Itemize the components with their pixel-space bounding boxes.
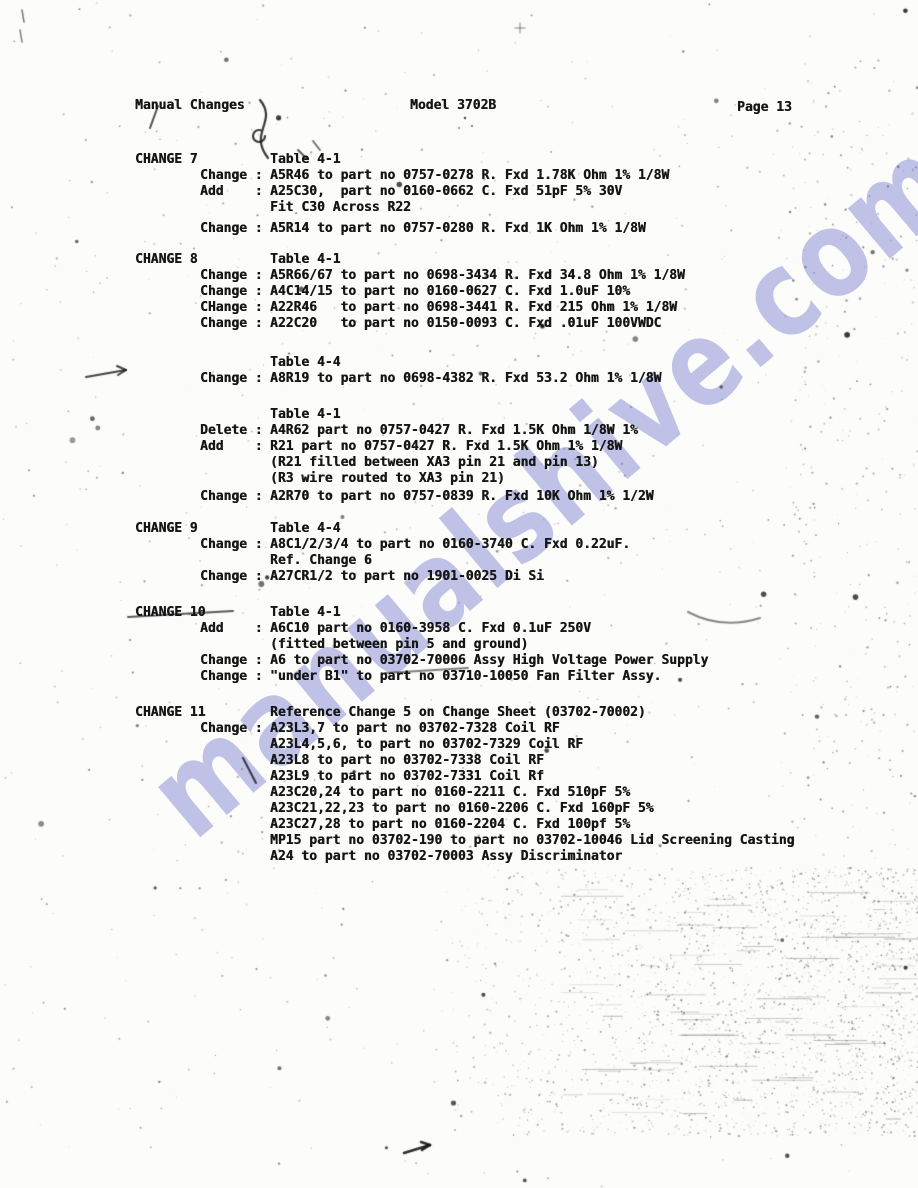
change-line: (R3 wire routed to XA3 pin 21)	[200, 471, 654, 487]
change-line: Add :A6C10 part no 0160-3958 C. Fxd 0.1u…	[200, 621, 708, 637]
change-line: Change :"under B1" to part no 03710-1005…	[200, 669, 708, 685]
change-line-text: A23C27,28 to part no 0160-2204 C. Fxd 10…	[270, 817, 630, 832]
change-line-text: Table 4-1	[270, 605, 340, 620]
change-line-label: Change :	[200, 669, 270, 685]
change-line: Add :R21 part no 0757-0427 R. Fxd 1.5K O…	[200, 439, 654, 455]
change-line: A23C21,22,23 to part no 0160-2206 C. Fxd…	[200, 801, 794, 817]
change-line-text: (fitted between pin 5 and ground)	[270, 637, 528, 652]
change-line-label: Change :	[200, 489, 270, 505]
change-line: Change :A2R70 to part no 0757-0839 R. Fx…	[200, 489, 654, 505]
change-heading: CHANGE 10	[135, 605, 205, 620]
change-line-text: A4C14/15 to part no 0160-0627 C. Fxd 1.0…	[270, 284, 630, 299]
change-line: A23L9 to part no 03702-7331 Coil Rf	[200, 769, 794, 785]
change-line: Change :A4C14/15 to part no 0160-0627 C.…	[200, 284, 685, 300]
change-line-text: A23C21,22,23 to part no 0160-2206 C. Fxd…	[270, 801, 654, 816]
change-line: Table 4-4	[200, 355, 661, 371]
change-line-text: Fit C30 Across R22	[270, 200, 411, 215]
change-line: Table 4-1	[200, 252, 685, 268]
change-line-label: Change :	[200, 316, 270, 332]
change-line-text: R21 part no 0757-0427 R. Fxd 1.5K Ohm 1%…	[270, 439, 622, 454]
change-line: Table 4-1	[200, 407, 654, 423]
change-line: (R21 filled between XA3 pin 21 and pin 1…	[200, 455, 654, 471]
change-line-label: Delete :	[200, 423, 270, 439]
change-line-label: Change :	[200, 721, 270, 737]
change-line: Ref. Change 6	[200, 553, 630, 569]
change-line-text: A5R14 to part no 0757-0280 R. Fxd 1K Ohm…	[270, 221, 646, 236]
change-line-text: A22C20 to part no 0150-0093 C. Fxd .01uF…	[270, 316, 661, 331]
change-line-label: CHange :	[200, 300, 270, 316]
change-line-label: Add :	[200, 184, 270, 200]
change-line-text: Table 4-1	[270, 407, 340, 422]
change-line-text: A23C20,24 to part no 0160-2211 C. Fxd 51…	[270, 785, 630, 800]
change-line: Change :A6 to part no 03702-70006 Assy H…	[200, 653, 708, 669]
change-line-text: Reference Change 5 on Change Sheet (0370…	[270, 705, 646, 720]
change-line-text: A4R62 part no 0757-0427 R. Fxd 1.5K Ohm …	[270, 423, 638, 438]
change-line-text: A23L8 to part no 03702-7338 Coil RF	[270, 753, 544, 768]
change-line-text: A6C10 part no 0160-3958 C. Fxd 0.1uF 250…	[270, 621, 591, 636]
change-line: (fitted between pin 5 and ground)	[200, 637, 708, 653]
change-line-label: Add :	[200, 621, 270, 637]
change-line-label: Change :	[200, 371, 270, 387]
change-heading: CHANGE 9	[135, 521, 198, 536]
change-line-text: Table 4-4	[270, 355, 340, 370]
change-line-text: Table 4-1	[270, 252, 340, 267]
change-line-text: A22R46 to part no 0698-3441 R. Fxd 215 O…	[270, 300, 677, 315]
change-line-label: Change :	[200, 653, 270, 669]
change-line-text: (R21 filled between XA3 pin 21 and pin 1…	[270, 455, 599, 470]
change-line: Change :A22C20 to part no 0150-0093 C. F…	[200, 316, 685, 332]
change-line-text: A8C1/2/3/4 to part no 0160-3740 C. Fxd 0…	[270, 537, 630, 552]
change-line: Reference Change 5 on Change Sheet (0370…	[200, 705, 794, 721]
change-rows: Reference Change 5 on Change Sheet (0370…	[200, 705, 794, 865]
change-line-label: Change :	[200, 221, 270, 237]
change-line: Change :A8C1/2/3/4 to part no 0160-3740 …	[200, 537, 630, 553]
change-line-text: A5R66/67 to part no 0698-3434 R. Fxd 34.…	[270, 268, 685, 283]
change-rows: Table 4-1Add :A6C10 part no 0160-3958 C.…	[200, 605, 708, 685]
change-line-label: Change :	[200, 268, 270, 284]
change-line-label: Change :	[200, 168, 270, 184]
change-line-text: A6 to part no 03702-70006 Assy High Volt…	[270, 653, 708, 668]
change-line: A23C20,24 to part no 0160-2211 C. Fxd 51…	[200, 785, 794, 801]
change-line-label: Change :	[200, 284, 270, 300]
change-line: Table 4-1	[200, 605, 708, 621]
change-rows: Table 4-4Change :A8C1/2/3/4 to part no 0…	[200, 521, 630, 585]
change-line-label: Change :	[200, 537, 270, 553]
change-line: CHange :A22R46 to part no 0698-3441 R. F…	[200, 300, 685, 316]
change-line-text: Table 4-1	[270, 152, 340, 167]
change-line-text: A27CR1/2 to part no 1901-0025 Di Si	[270, 569, 544, 584]
change-line: Change :A5R14 to part no 0757-0280 R. Fx…	[200, 221, 669, 237]
document-body: CHANGE 7Table 4-1Change :A5R46 to part n…	[0, 0, 918, 1188]
change-line: MP15 part no 03702-190 to part no 03702-…	[200, 833, 794, 849]
change-line-label: Add :	[200, 439, 270, 455]
change-line: A23L8 to part no 03702-7338 Coil RF	[200, 753, 794, 769]
change-line-text: (R3 wire routed to XA3 pin 21)	[270, 471, 505, 486]
change-line: Change :A5R66/67 to part no 0698-3434 R.…	[200, 268, 685, 284]
change-rows: Table 4-1Delete :A4R62 part no 0757-0427…	[200, 407, 654, 505]
change-rows: Table 4-1Change :A5R46 to part no 0757-0…	[200, 152, 669, 237]
change-line: A23L4,5,6, to part no 03702-7329 Coil RF	[200, 737, 794, 753]
change-line: Change :A27CR1/2 to part no 1901-0025 Di…	[200, 569, 630, 585]
change-line-label: Change :	[200, 569, 270, 585]
change-line: A23C27,28 to part no 0160-2204 C. Fxd 10…	[200, 817, 794, 833]
change-line-text: A5R46 to part no 0757-0278 R. Fxd 1.78K …	[270, 168, 669, 183]
change-heading: CHANGE 11	[135, 705, 205, 720]
change-line-text: A24 to part no 03702-70003 Assy Discrimi…	[270, 849, 622, 864]
change-line: A24 to part no 03702-70003 Assy Discrimi…	[200, 849, 794, 865]
change-rows: Table 4-1Change :A5R66/67 to part no 069…	[200, 252, 685, 332]
change-line-text: A23L9 to part no 03702-7331 Coil Rf	[270, 769, 544, 784]
change-line: Table 4-1	[200, 152, 669, 168]
change-line: Change :A8R19 to part no 0698-4382 R. Fx…	[200, 371, 661, 387]
change-line-text: MP15 part no 03702-190 to part no 03702-…	[270, 833, 794, 848]
change-line: Change :A5R46 to part no 0757-0278 R. Fx…	[200, 168, 669, 184]
change-line-text: A8R19 to part no 0698-4382 R. Fxd 53.2 O…	[270, 371, 661, 386]
change-line-text: "under B1" to part no 03710-10050 Fan Fi…	[270, 669, 661, 684]
change-heading: CHANGE 8	[135, 252, 198, 267]
change-line: Fit C30 Across R22	[200, 200, 669, 216]
change-line-text: A2R70 to part no 0757-0839 R. Fxd 10K Oh…	[270, 489, 654, 504]
change-heading: CHANGE 7	[135, 152, 198, 167]
change-line-text: Ref. Change 6	[270, 553, 372, 568]
change-rows: Table 4-4Change :A8R19 to part no 0698-4…	[200, 355, 661, 387]
change-line: Table 4-4	[200, 521, 630, 537]
change-line: Delete :A4R62 part no 0757-0427 R. Fxd 1…	[200, 423, 654, 439]
change-line-text: Table 4-4	[270, 521, 340, 536]
change-line: Add :A25C30, part no 0160-0662 C. Fxd 51…	[200, 184, 669, 200]
change-line-text: A23L3,7 to part no 03702-7328 Coil RF	[270, 721, 560, 736]
change-line-text: A25C30, part no 0160-0662 C. Fxd 51pF 5%…	[270, 184, 622, 199]
change-line: Change :A23L3,7 to part no 03702-7328 Co…	[200, 721, 794, 737]
change-line-text: A23L4,5,6, to part no 03702-7329 Coil RF	[270, 737, 583, 752]
scanned-page: manualshive.com Manual Changes Model 370…	[0, 0, 918, 1188]
